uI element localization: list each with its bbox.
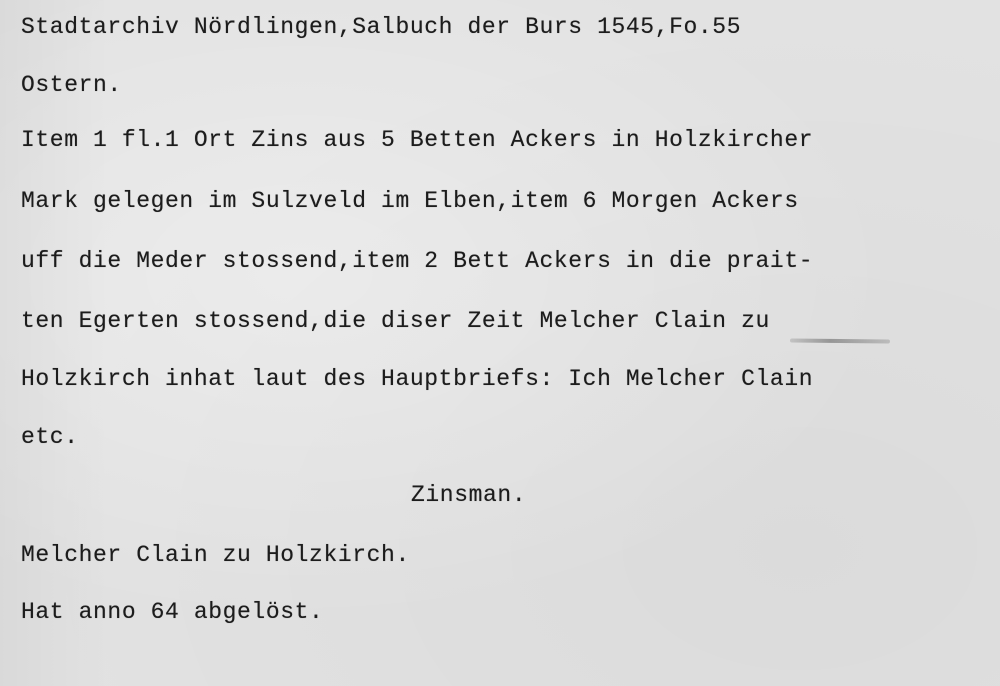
archive-header: Stadtarchiv Nördlingen,Salbuch der Burs … — [21, 12, 741, 42]
body-line: uff die Meder stossend,item 2 Bett Acker… — [21, 246, 813, 276]
body-line: ten Egerten stossend,die diser Zeit Melc… — [21, 306, 770, 336]
body-line: etc. — [21, 422, 79, 452]
footer-line: Melcher Clain zu Holzkirch. — [21, 540, 410, 570]
page-edge-shadow — [0, 0, 110, 686]
footer-line: Hat anno 64 abgelöst. — [21, 597, 323, 627]
pencil-underline-mark — [790, 338, 890, 343]
body-line: Mark gelegen im Sulzveld im Elben,item 6… — [21, 186, 799, 216]
body-line: Item 1 fl.1 Ort Zins aus 5 Betten Ackers… — [21, 125, 813, 155]
scanned-page: Stadtarchiv Nördlingen,Salbuch der Burs … — [0, 0, 1000, 686]
body-line: Holzkirch inhat laut des Hauptbriefs: Ic… — [21, 364, 813, 394]
section-title: Zinsman. — [411, 480, 526, 510]
subheading: Ostern. — [21, 70, 122, 100]
